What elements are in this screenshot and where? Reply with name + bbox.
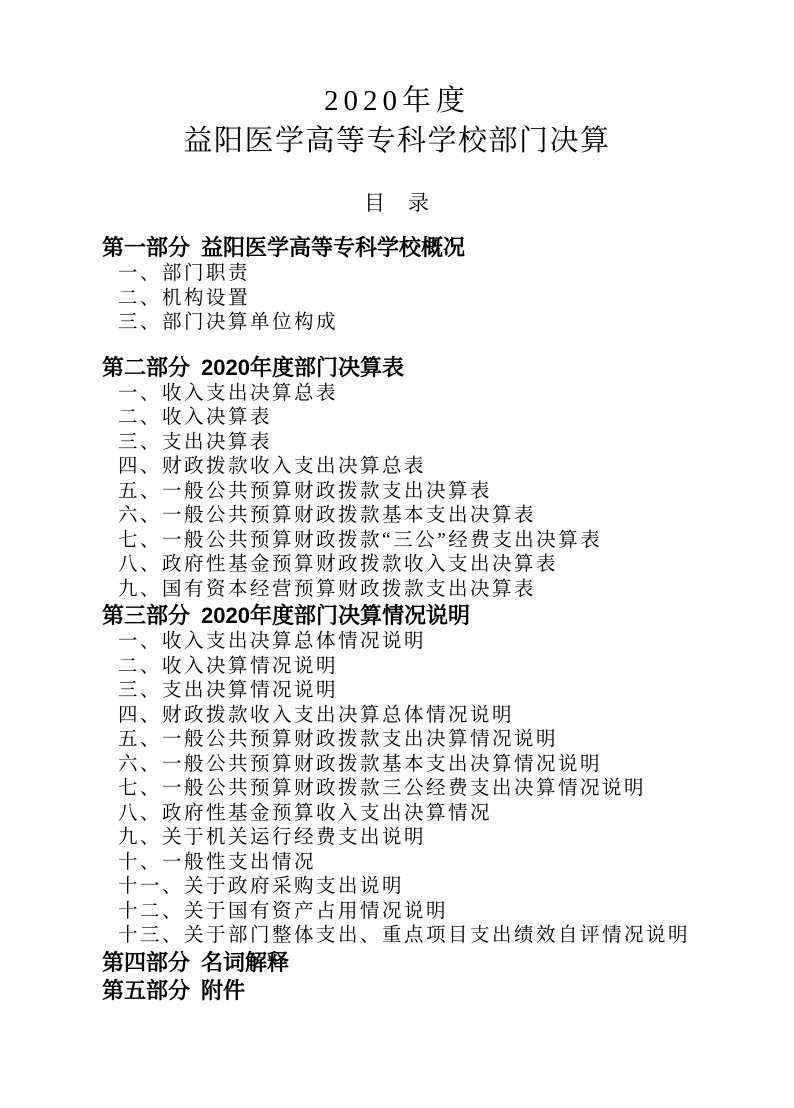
section-heading-part4: 第四部分 名词解释	[102, 949, 754, 977]
toc-item: 二、收入决算表	[102, 406, 754, 431]
toc-item: 三、支出决算表	[102, 431, 754, 456]
table-of-contents: 第一部分 益阳医学高等专科学校概况 一、部门职责 二、机构设置 三、部门决算单位…	[0, 234, 794, 1005]
toc-item: 十、一般性支出情况	[102, 851, 754, 876]
toc-item: 十一、关于政府采购支出说明	[102, 875, 754, 900]
title-block: 2020年度 益阳医学高等专科学校部门决算 目 录	[0, 0, 794, 214]
section-heading-part2: 第二部分 2020年度部门决算表	[102, 354, 754, 382]
toc-item: 三、部门决算单位构成	[102, 311, 754, 336]
document-page: 2020年度 益阳医学高等专科学校部门决算 目 录 第一部分 益阳医学高等专科学…	[0, 0, 794, 1108]
toc-item: 二、收入决算情况说明	[102, 655, 754, 680]
section-heading-part1: 第一部分 益阳医学高等专科学校概况	[102, 234, 754, 262]
toc-item: 一、收入支出决算总体情况说明	[102, 630, 754, 655]
toc-item: 七、一般公共预算财政拨款“三公”经费支出决算表	[102, 529, 754, 554]
toc-item: 七、一般公共预算财政拨款三公经费支出决算情况说明	[102, 777, 754, 802]
toc-item: 八、政府性基金预算收入支出决算情况	[102, 802, 754, 827]
toc-item: 四、财政拨款收入支出决算总体情况说明	[102, 704, 754, 729]
toc-item: 一、收入支出决算总表	[102, 382, 754, 407]
toc-item: 三、支出决算情况说明	[102, 679, 754, 704]
toc-item: 九、关于机关运行经费支出说明	[102, 826, 754, 851]
toc-item: 六、一般公共预算财政拨款基本支出决算情况说明	[102, 753, 754, 778]
toc-item: 九、国有资本经营预算财政拨款支出决算表	[102, 578, 754, 603]
toc-item: 五、一般公共预算财政拨款支出决算表	[102, 480, 754, 505]
toc-title: 目 录	[0, 192, 794, 214]
toc-item: 六、一般公共预算财政拨款基本支出决算表	[102, 504, 754, 529]
toc-item: 十三、关于部门整体支出、重点项目支出绩效自评情况说明	[102, 924, 754, 949]
section-heading-part3: 第三部分 2020年度部门决算情况说明	[102, 602, 754, 630]
section-heading-part5: 第五部分 附件	[102, 977, 754, 1005]
toc-item: 一、部门职责	[102, 262, 754, 287]
toc-item: 八、政府性基金预算财政拨款收入支出决算表	[102, 553, 754, 578]
document-title-name: 益阳医学高等专科学校部门决算	[0, 121, 794, 161]
toc-item: 五、一般公共预算财政拨款支出决算情况说明	[102, 728, 754, 753]
toc-item: 二、机构设置	[102, 287, 754, 312]
toc-item: 十二、关于国有资产占用情况说明	[102, 900, 754, 925]
document-title-year: 2020年度	[0, 81, 794, 121]
toc-item: 四、财政拨款收入支出决算总表	[102, 455, 754, 480]
